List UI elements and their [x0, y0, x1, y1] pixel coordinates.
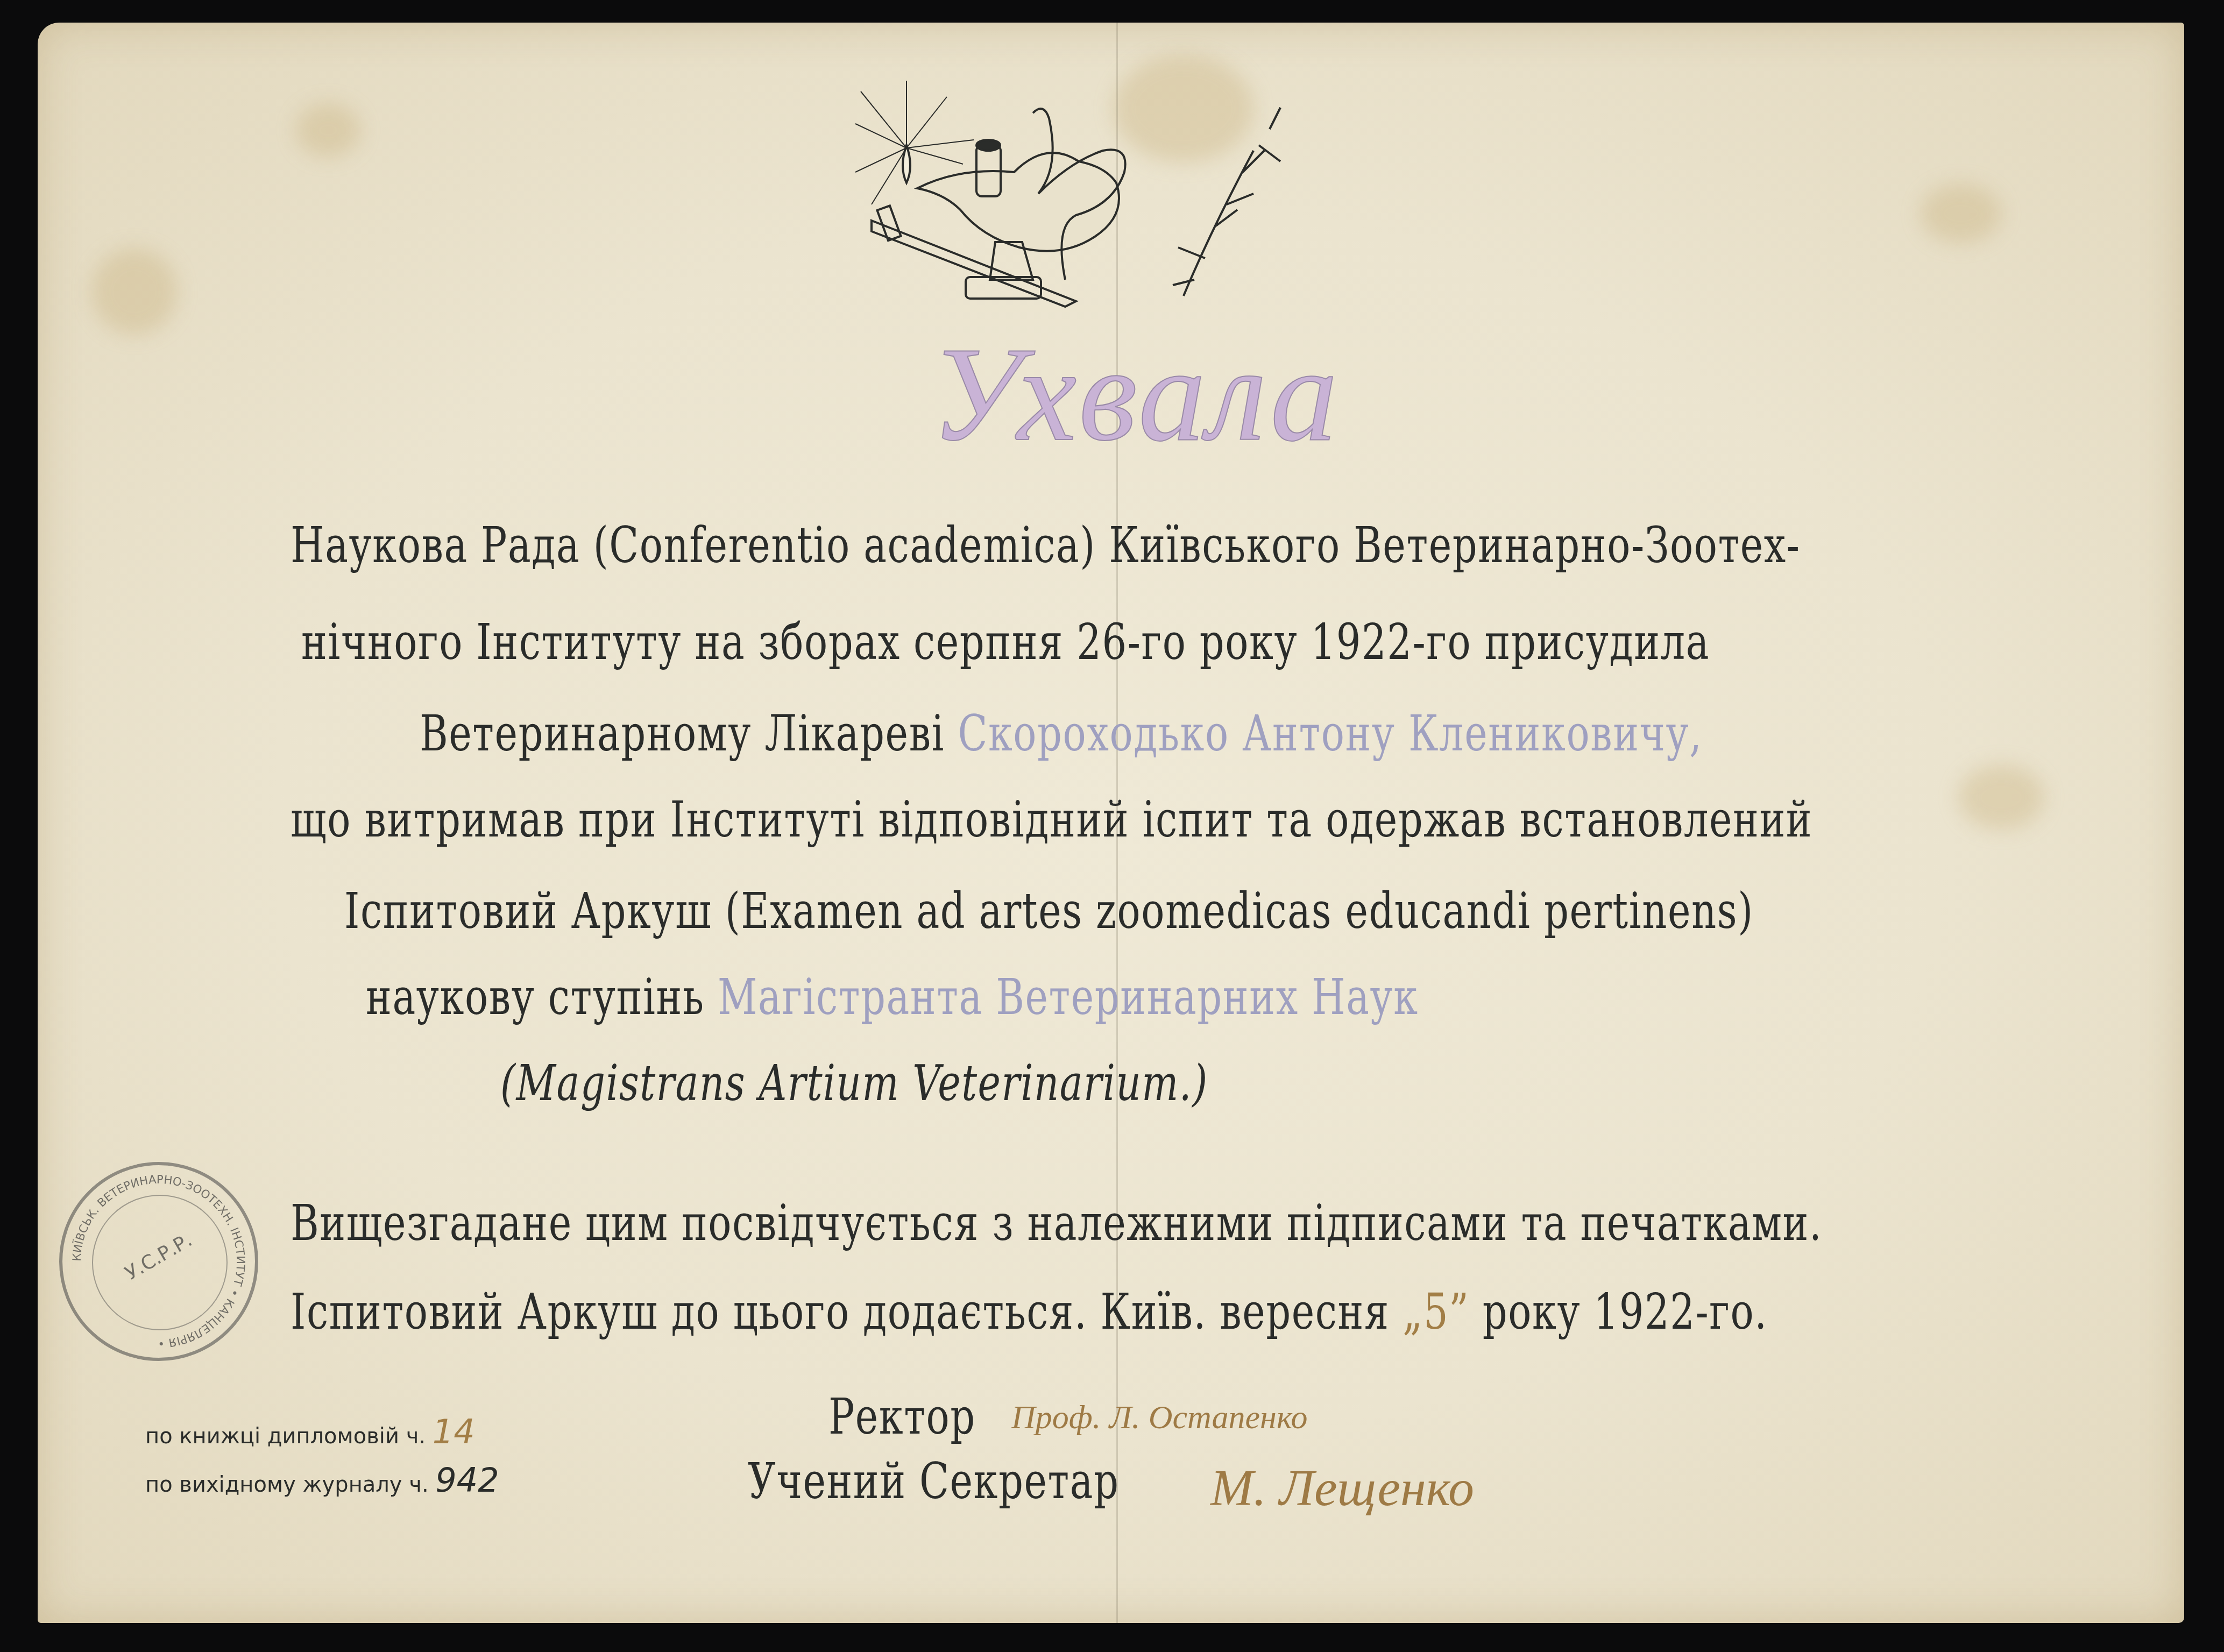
registry-label: по вихідному журналу ч. — [145, 1472, 429, 1497]
degree-label: наукову ступінь — [366, 968, 705, 1026]
closing-text: Іспитовий Аркуш до цього додається. Київ… — [291, 1283, 1390, 1341]
registry-value: 942 — [435, 1460, 499, 1500]
registry-value: 14 — [433, 1412, 475, 1451]
body-line-6: наукову ступінь Магістранта Ветеринарних… — [366, 968, 1419, 1026]
date-day: 5 — [1423, 1283, 1449, 1341]
body-line-4: що витримав при Інституті відповідний іс… — [291, 791, 1812, 848]
water-stain — [1958, 765, 2044, 829]
recipient-title: Ветеринарному Лікареві — [420, 705, 945, 762]
oil-lamp-emblem-icon — [839, 65, 1431, 312]
degree-name: Магістранта Ветеринарних Наук — [718, 968, 1419, 1026]
document-title: Ухвала — [893, 317, 1377, 472]
closing-year: року 1922-го. — [1483, 1283, 1768, 1341]
body-line-3: Ветеринарному Лікареві Скороходько Антон… — [420, 705, 1703, 762]
body-line-1: Наукова Рада (Conferentio academica) Киї… — [291, 516, 1801, 574]
body-line-5: Іспитовий Аркуш (Examen ad artes zoomedi… — [344, 882, 1754, 940]
water-stain — [296, 103, 360, 157]
registry-line-journal: по вихідному журналу ч. 942 — [145, 1460, 499, 1500]
water-stain — [1921, 184, 2001, 243]
registry-line-diploma: по книжці дипломовій ч. 14 — [145, 1412, 475, 1451]
institute-seal: КИЇВСЬК. ВЕТЕРИНАРНО-ЗООТЕХН. ІНСТИТУТ •… — [59, 1162, 258, 1361]
closing-line-1: Вищезгадане цим посвідчується з належним… — [291, 1194, 1822, 1252]
body-line-2: нічного Інституту на зборах серпня 26-го… — [301, 613, 1710, 671]
closing-line-2: Іспитовий Аркуш до цього додається. Київ… — [291, 1283, 1768, 1341]
water-stain — [91, 249, 178, 335]
registry-label: по книжці дипломовій ч. — [145, 1424, 426, 1449]
degree-latin: (Magistrans Artium Veterinarium.) — [500, 1054, 1208, 1112]
rector-signature: Проф. Л. Остапенко — [1011, 1399, 1308, 1437]
recipient-name: Скороходько Антону Клениковичу, — [958, 705, 1702, 762]
secretary-signature: М. Лещенко — [1210, 1458, 1474, 1518]
secretary-label: Учений Секретар — [748, 1452, 1120, 1510]
rector-label: Ректор — [828, 1388, 976, 1445]
